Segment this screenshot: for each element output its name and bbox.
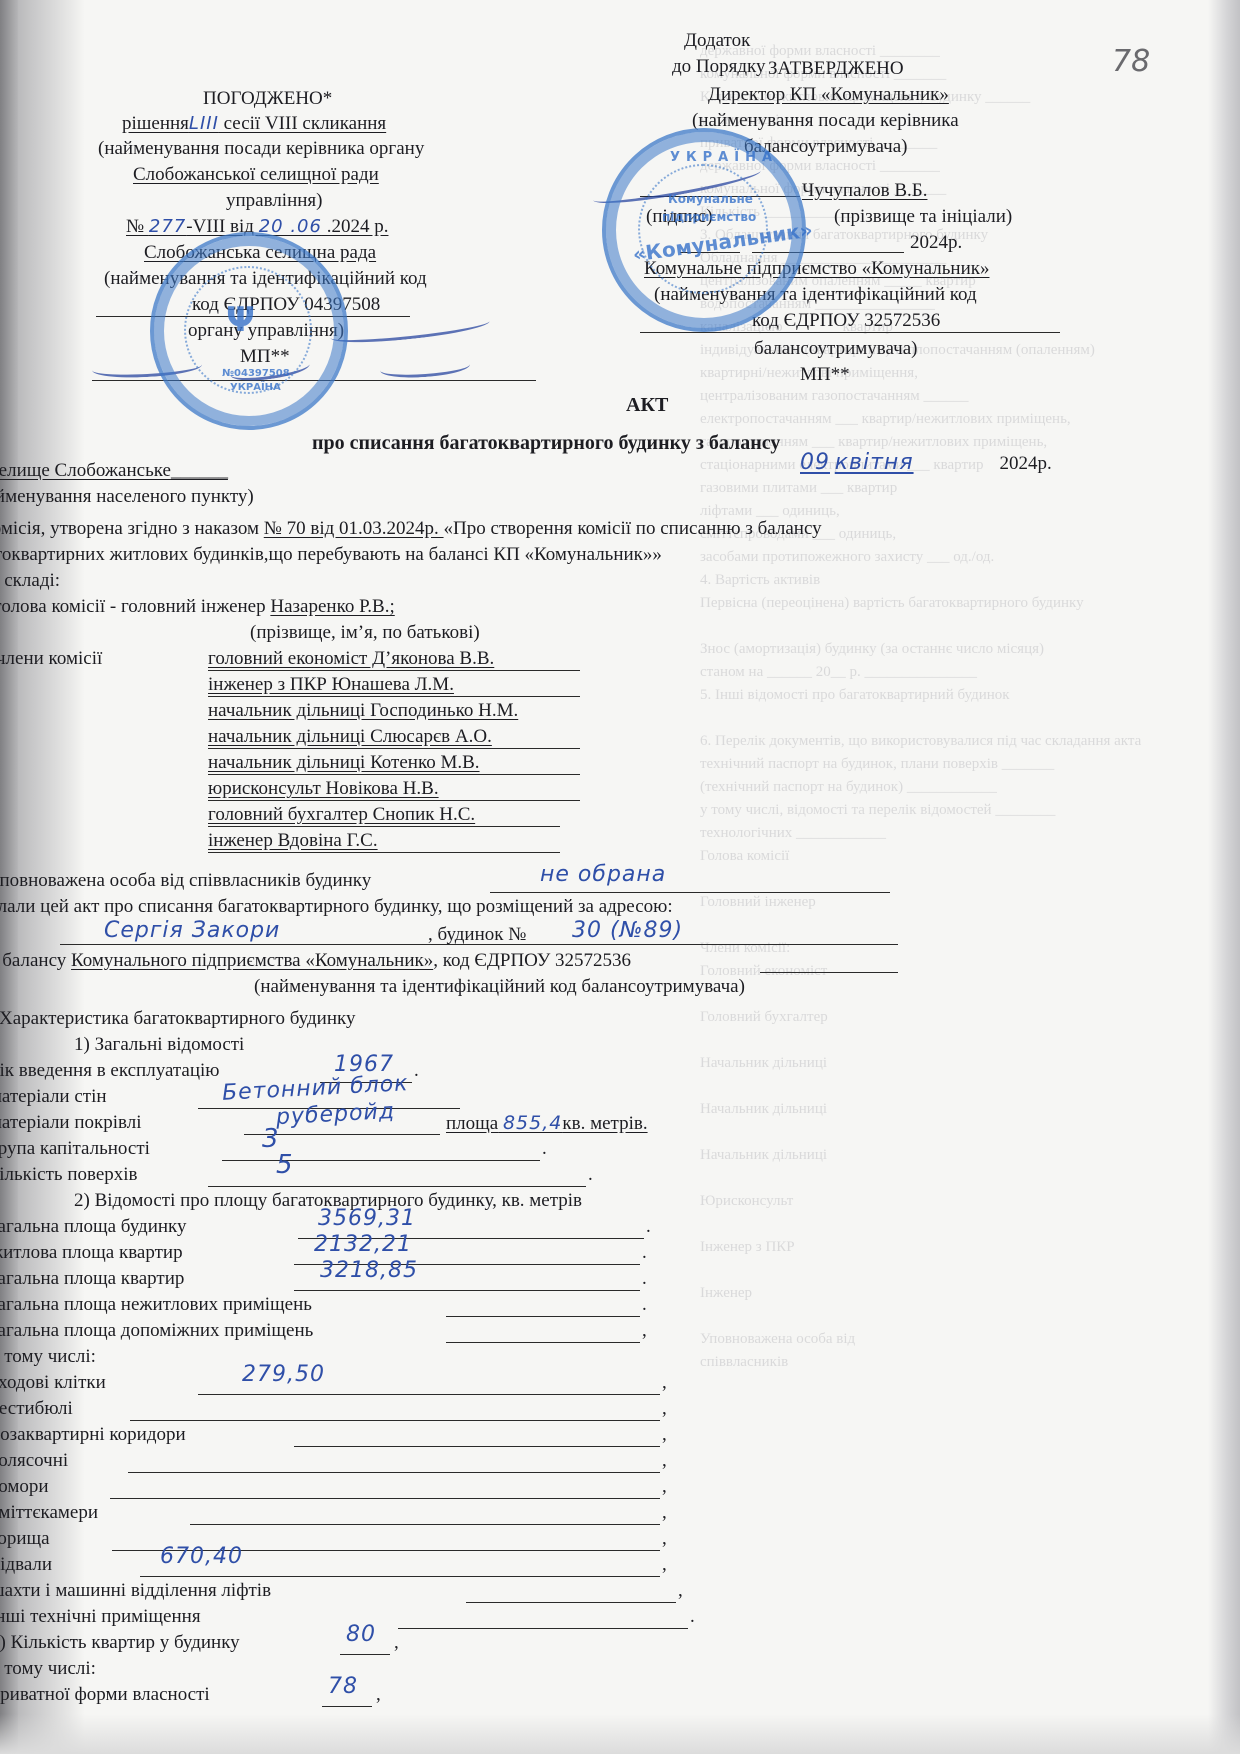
chair-name: Назаренко Р.В.; <box>270 596 394 617</box>
number-prefix: № <box>126 216 149 237</box>
trident-icon: Ψ <box>226 300 255 340</box>
stamp-center-1: Комунальне <box>668 192 753 206</box>
date-month-handwritten: квітня <box>835 452 995 474</box>
stamp-center-2: підприємство <box>662 210 756 224</box>
act-title: АКТ <box>626 394 668 416</box>
approved-code-underline <box>640 332 1060 333</box>
order-ref: № 70 від 01.03.2024р. <box>264 518 444 539</box>
row-end: , <box>662 1528 667 1550</box>
page-edge-shadow <box>1208 0 1240 1754</box>
approved-code: код ЄДРПОУ 32572536 <box>752 310 940 332</box>
member-item: начальник дільниці Господинько Н.М. <box>208 700 518 722</box>
balance-code: , код ЄДРПОУ 32572536 <box>433 950 631 971</box>
aux-row-underline <box>398 1628 688 1629</box>
roof-material-value: руберойд <box>276 1101 396 1129</box>
date-suffix: .2024 р. <box>322 216 389 237</box>
annex-line-1: Додаток <box>684 30 750 52</box>
agreed-org-caption: управління) <box>226 190 322 212</box>
row-end: , <box>678 1580 683 1602</box>
row-end: . <box>642 1294 647 1316</box>
balance-underline <box>760 972 898 973</box>
row-end: , <box>394 1632 399 1654</box>
row-end: , <box>642 1320 647 1342</box>
row-end: . <box>690 1606 695 1628</box>
member-item: начальник дільниці Слюсарєв А.О. <box>208 726 492 748</box>
stairwells-value: 279,50 <box>242 1364 325 1386</box>
roof-area-unit: кв. метрів. <box>562 1113 647 1134</box>
compiled-text: склали цей акт про списання багатокварти… <box>0 896 673 918</box>
living-area-value: 2132,21 <box>314 1234 412 1256</box>
row-end: . <box>642 1268 647 1290</box>
approved-position-caption-1: (найменування посади керівника <box>692 110 959 132</box>
approved-title: ЗАТВЕРДЖЕНО <box>768 58 904 80</box>
agreed-signature-flourish <box>329 312 490 348</box>
annex-line-2: до Порядку <box>672 56 766 78</box>
row-end: , <box>662 1372 667 1394</box>
aux-row-underline <box>130 1420 660 1421</box>
aux-row-underline <box>466 1602 676 1603</box>
apartments-count-value: 80 <box>346 1624 376 1646</box>
agreed-signature-3 <box>379 355 470 380</box>
member-underline <box>208 826 560 827</box>
area-row-underline <box>294 1290 640 1291</box>
street-value-handwritten: Сергія Закори <box>104 920 280 942</box>
private-ownership-value: 78 <box>328 1676 358 1698</box>
stamp-top-text: УКРАЇНА <box>670 150 778 165</box>
agreed-position-caption: (найменування посади керівника органу <box>98 138 424 160</box>
agreed-org-line: Слобожанської селищної ради <box>133 164 379 186</box>
general-heading: 1) Загальні відомості <box>74 1034 244 1056</box>
member-underline <box>208 774 580 775</box>
roof-area-value: 855,4 <box>503 1112 562 1134</box>
approved-code-caption: балансоутримувача) <box>754 338 918 360</box>
area-row-underline <box>446 1316 640 1317</box>
member-underline <box>208 852 560 853</box>
row-end: . <box>414 1060 419 1082</box>
row-end: . <box>642 1242 647 1264</box>
commission-intro: Комісія, утворена згідно з наказом № 70 … <box>0 518 822 540</box>
bottom-shadow <box>0 1714 1240 1754</box>
member-item: інженер Вдовіна Г.С. <box>208 830 378 852</box>
previous-page-margin <box>0 40 70 1740</box>
capital-group-value: 3 <box>262 1128 280 1150</box>
building-value-handwritten: 30 (№89) <box>572 920 683 942</box>
member-item: головний економіст Д’яконова В.В. <box>208 648 494 670</box>
member-underline <box>208 670 580 671</box>
row-end: , <box>662 1424 667 1446</box>
date-year: 2024р. <box>1000 453 1052 474</box>
decision-number-handwritten: 277 <box>149 216 186 237</box>
member-item: інженер з ПКР Юнашева Л.М. <box>208 674 454 696</box>
approved-stamp: УКРАЇНА Комунальне підприємство «Комунал… <box>602 128 806 332</box>
aux-row-underline <box>110 1498 660 1499</box>
agreed-title: ПОГОДЖЕНО* <box>203 88 332 110</box>
member-item: головний бухгалтер Снопик Н.С. <box>208 804 475 826</box>
row-end: . <box>588 1164 593 1186</box>
member-item: юрисконсульт Новікова Н.В. <box>208 778 439 800</box>
approved-name-caption: (прізвище та ініціали) <box>834 206 1012 228</box>
decision-label: рішення <box>122 113 189 134</box>
act-subtitle: про списання багатоквартирного будинку з… <box>312 432 780 454</box>
member-underline <box>208 748 580 749</box>
area-row-underline <box>446 1342 640 1343</box>
balance-caption: (найменування та ідентифікаційний код ба… <box>254 976 745 998</box>
floors-underline <box>208 1186 586 1187</box>
row-end: , <box>662 1450 667 1472</box>
row-end: , <box>376 1684 381 1706</box>
order-title-1: «Про створення комісії по списанню з бал… <box>444 518 822 539</box>
building-label: , будинок № <box>428 924 526 946</box>
total-building-area-value: 3569,31 <box>318 1208 416 1230</box>
aux-row-underline <box>198 1394 660 1395</box>
row-end: , <box>662 1554 667 1576</box>
apartments-area-value: 3218,85 <box>320 1260 418 1282</box>
basements-value: 670,40 <box>160 1546 243 1568</box>
order-title-2: багатоквартирних житлових будинків,що пе… <box>0 544 662 566</box>
private-ownership-underline <box>322 1706 372 1707</box>
agreed-decision-line: рішенняLIII сесії VIII скликання <box>122 113 386 135</box>
owner-rep-value-handwritten: не обрана <box>540 864 666 886</box>
aux-row-underline <box>140 1576 660 1577</box>
aux-row-underline <box>190 1524 660 1525</box>
approved-seal: МП** <box>800 364 850 386</box>
approved-position: Директор КП «Комунальник» <box>708 84 949 106</box>
date-day-handwritten: 09 <box>800 450 830 475</box>
act-date: 09 квітня 2024р. <box>800 452 1052 475</box>
approved-year: 2024р. <box>910 232 962 254</box>
page-number: 78 <box>1112 44 1150 79</box>
row-end: , <box>662 1502 667 1524</box>
row-end: , <box>662 1398 667 1420</box>
apartments-underline <box>340 1654 390 1655</box>
balance-holder: Комунального підприємства «Комунальник» <box>71 950 433 971</box>
row-end: . <box>542 1138 547 1160</box>
roof-area: площа 855,4кв. метрів. <box>446 1112 648 1135</box>
session-label: сесії VIII скликання <box>219 113 386 134</box>
member-underline <box>208 696 580 697</box>
row-end: , <box>662 1476 667 1498</box>
capital-group-underline <box>222 1160 540 1161</box>
aux-row-underline <box>294 1446 660 1447</box>
roof-area-label: площа <box>446 1113 498 1134</box>
decision-session-handwritten: LIII <box>189 113 219 134</box>
stamp-number: №04397508 <box>222 368 290 379</box>
stamp-country: УКРАЇНА <box>230 382 281 393</box>
agreed-stamp: №04397508 УКРАЇНА Ψ <box>150 232 348 430</box>
aux-row-underline <box>128 1472 660 1473</box>
member-underline <box>208 800 580 801</box>
chair-caption: (прізвище, ім’я, по батькові) <box>250 622 480 644</box>
member-item: начальник дільниці Котенко М.В. <box>208 752 480 774</box>
floors-value: 5 <box>276 1154 294 1176</box>
approved-name: Чучупалов В.Б. <box>802 180 927 202</box>
owner-rep-underline <box>490 892 890 893</box>
balance-row: з балансу Комунального підприємства «Ком… <box>0 950 631 972</box>
row-end: . <box>646 1216 651 1238</box>
